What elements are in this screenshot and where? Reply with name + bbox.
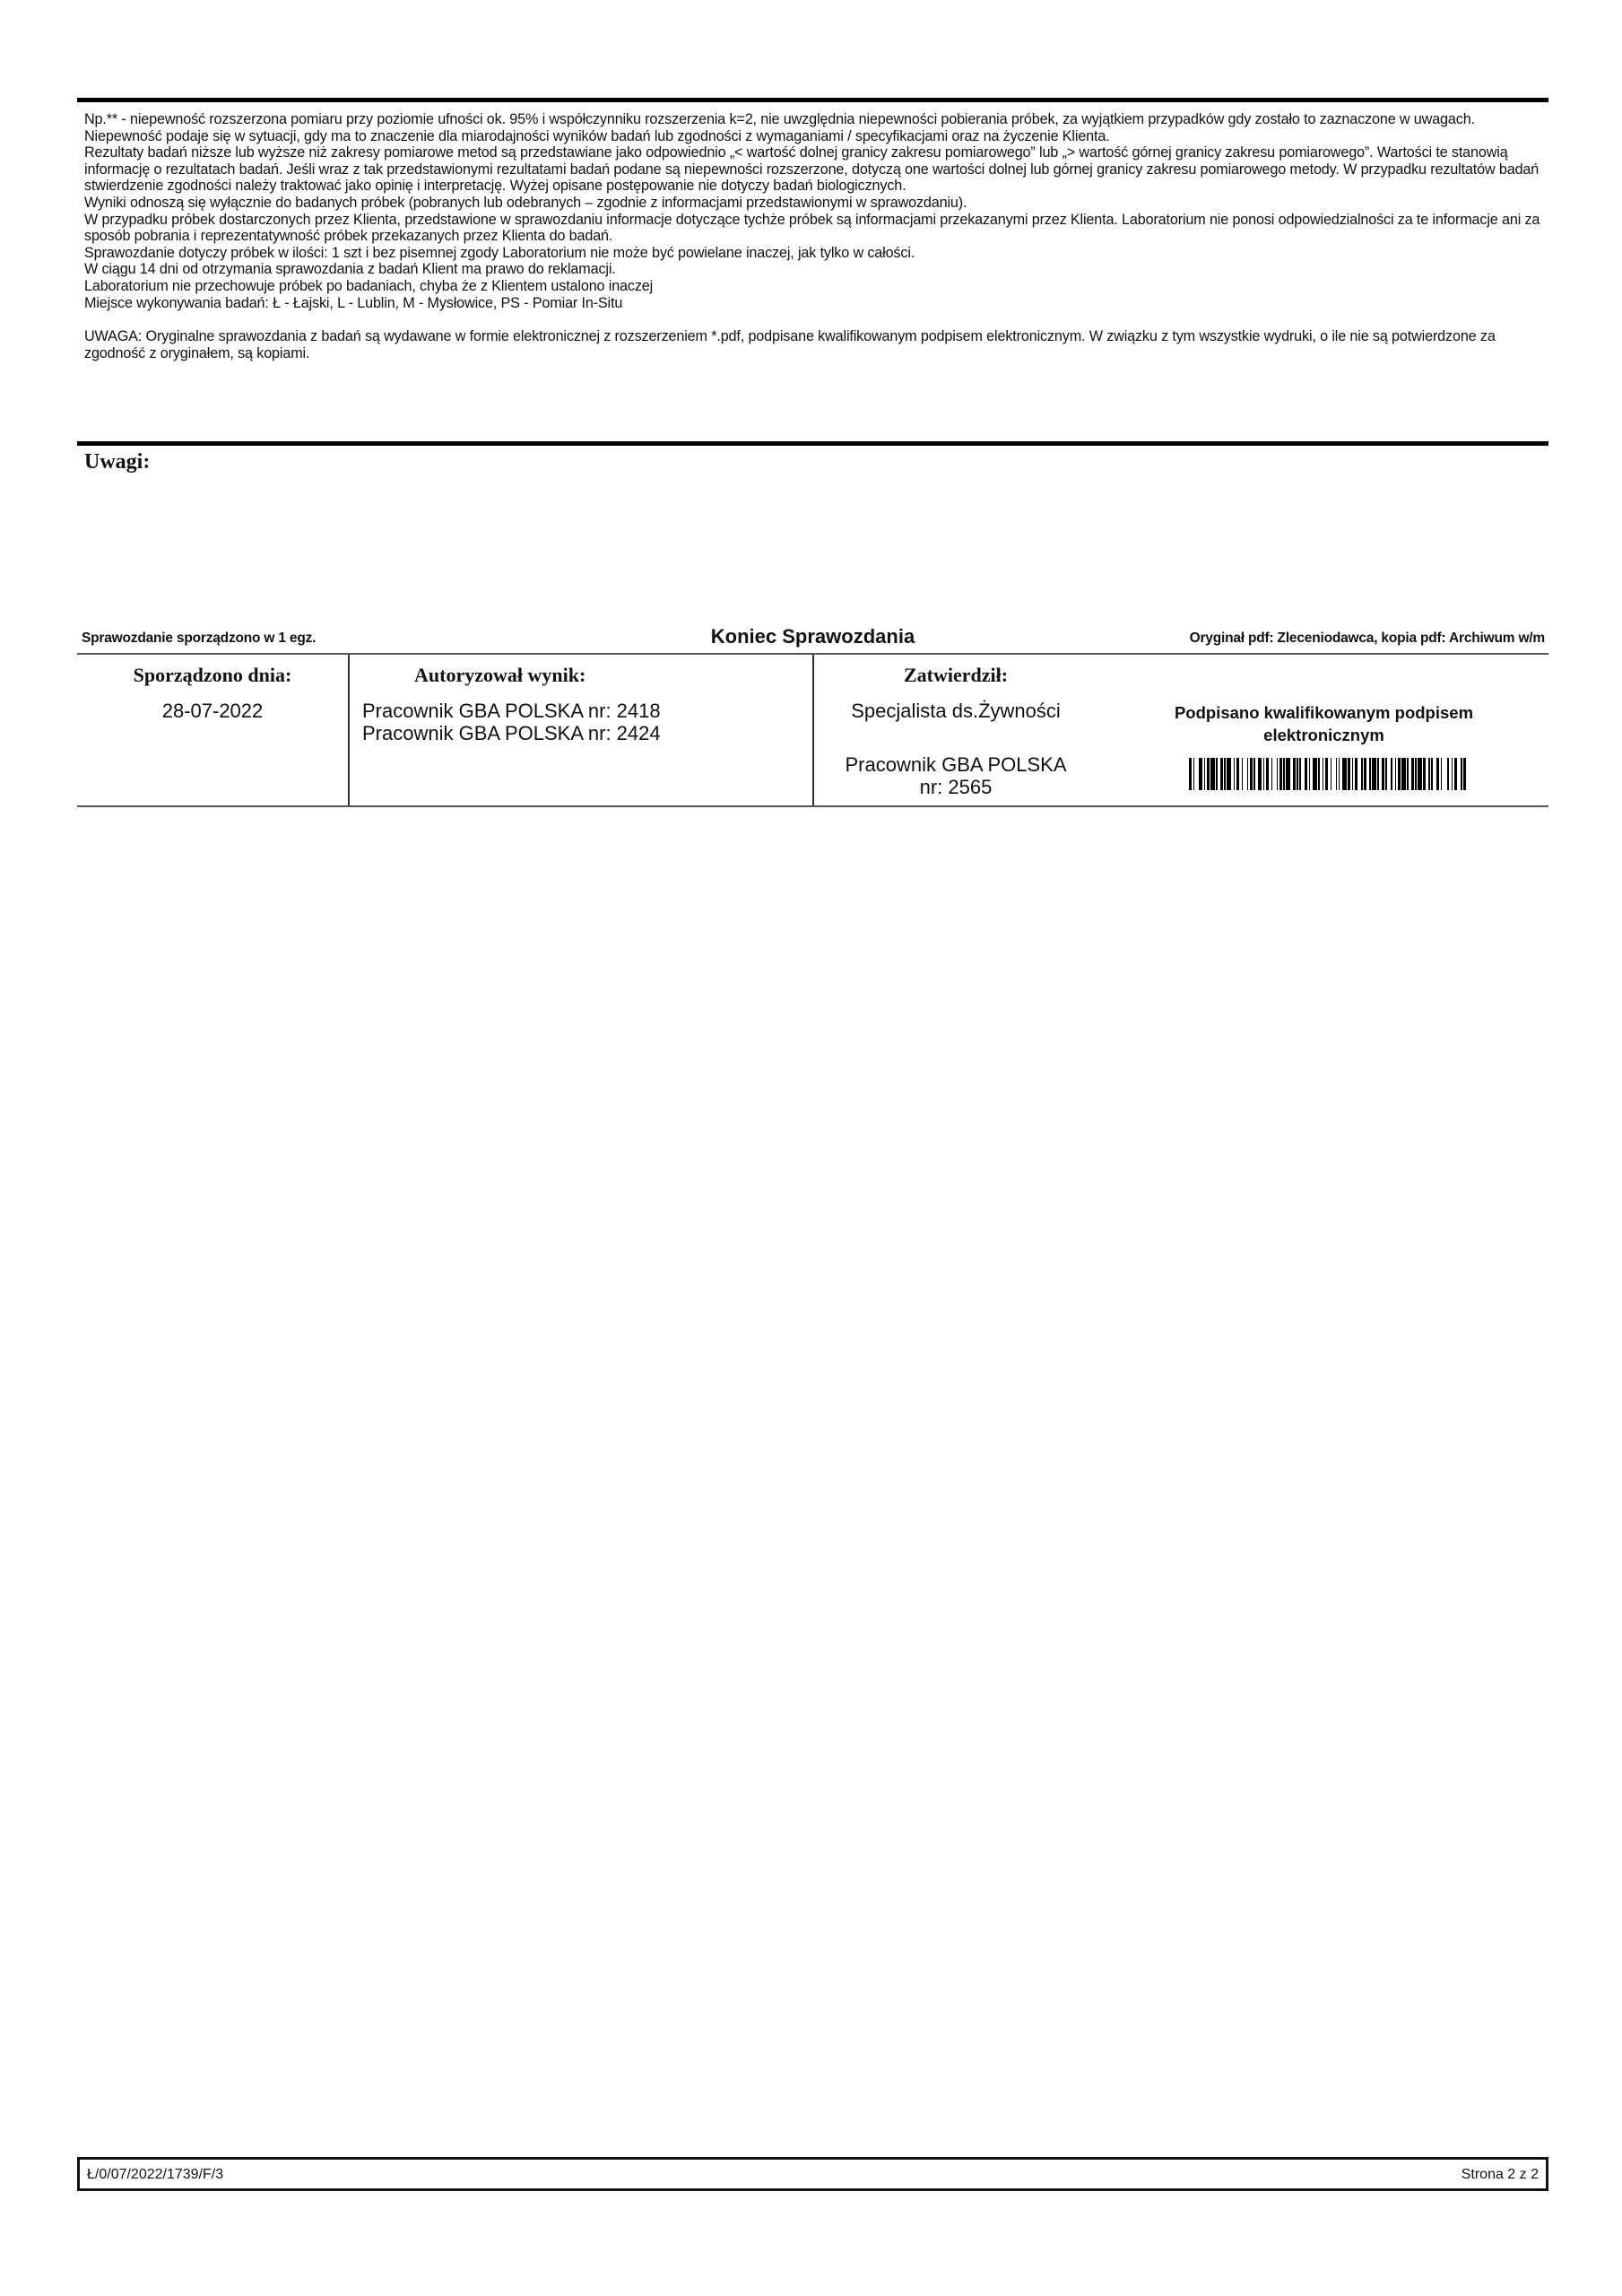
warning-note: UWAGA: Oryginalne sprawozdania z badań s… bbox=[84, 328, 1546, 361]
authorized-worker: Pracownik GBA POLSKA nr: 2418 bbox=[362, 700, 661, 722]
e-signature-column: Podpisano kwalifikowanym podpisem elektr… bbox=[1099, 655, 1548, 805]
page-number: Strona 2 z 2 bbox=[1462, 2167, 1539, 2183]
authorized-label: Autoryzował wynik: bbox=[414, 664, 585, 687]
approver-worker-number: nr: 2565 bbox=[812, 776, 1099, 798]
approver-role: Specjalista ds.Żywności bbox=[812, 700, 1099, 722]
end-of-report-row: Sprawozdanie sporządzono w 1 egz. Koniec… bbox=[77, 625, 1548, 652]
prepared-column: Sporządzono dnia: 28-07-2022 bbox=[77, 655, 350, 805]
e-signature-line: elektronicznym bbox=[1099, 724, 1548, 746]
signature-table: Sporządzono dnia: 28-07-2022 Autoryzował… bbox=[77, 653, 1548, 807]
approver-worker: Pracownik GBA POLSKA nr: 2565 bbox=[812, 753, 1099, 798]
note-line: Sprawozdanie dotyczy próbek w ilości: 1 … bbox=[84, 245, 1546, 262]
note-line: Wyniki odnoszą się wyłącznie do badanych… bbox=[84, 195, 1546, 212]
prepared-date: 28-07-2022 bbox=[77, 700, 348, 722]
authorized-column: Autoryzował wynik: Pracownik GBA POLSKA … bbox=[348, 655, 814, 805]
section-rule bbox=[77, 441, 1548, 446]
note-line: W ciągu 14 dni od otrzymania sprawozdani… bbox=[84, 261, 1546, 278]
note-line: Np.** - niepewność rozszerzona pomiaru p… bbox=[84, 111, 1546, 128]
note-line: Rezultaty badań niższe lub wyższe niż za… bbox=[84, 144, 1546, 195]
prepared-label: Sporządzono dnia: bbox=[77, 664, 348, 687]
top-rule bbox=[77, 98, 1548, 102]
authorized-workers: Pracownik GBA POLSKA nr: 2418 Pracownik … bbox=[362, 700, 661, 744]
e-signature-line: Podpisano kwalifikowanym podpisem bbox=[1099, 701, 1548, 724]
approved-label: Zatwierdził: bbox=[812, 664, 1099, 687]
notes-section: Np.** - niepewność rozszerzona pomiaru p… bbox=[84, 111, 1546, 361]
e-signature-text: Podpisano kwalifikowanym podpisem elektr… bbox=[1099, 701, 1548, 746]
note-line: W przypadku próbek dostarczonych przez K… bbox=[84, 212, 1546, 245]
page-footer: Ł/0/07/2022/1739/F/3 Strona 2 z 2 bbox=[77, 2157, 1548, 2191]
document-code: Ł/0/07/2022/1739/F/3 bbox=[87, 2167, 223, 2183]
note-line: Laboratorium nie przechowuje próbek po b… bbox=[84, 278, 1546, 295]
distribution-note: Oryginał pdf: Zleceniodawca, kopia pdf: … bbox=[1190, 631, 1545, 647]
approver-worker-line: Pracownik GBA POLSKA bbox=[812, 753, 1099, 776]
approved-column: Zatwierdził: Specjalista ds.Żywności Pra… bbox=[812, 655, 1099, 805]
authorized-worker: Pracownik GBA POLSKA nr: 2424 bbox=[362, 722, 661, 744]
remarks-label: Uwagi: bbox=[84, 450, 150, 474]
note-line: Miejsce wykonywania badań: Ł - Łajski, L… bbox=[84, 295, 1546, 312]
barcode-icon bbox=[1189, 758, 1591, 790]
note-line: Niepewność podaje się w sytuacji, gdy ma… bbox=[84, 128, 1546, 145]
